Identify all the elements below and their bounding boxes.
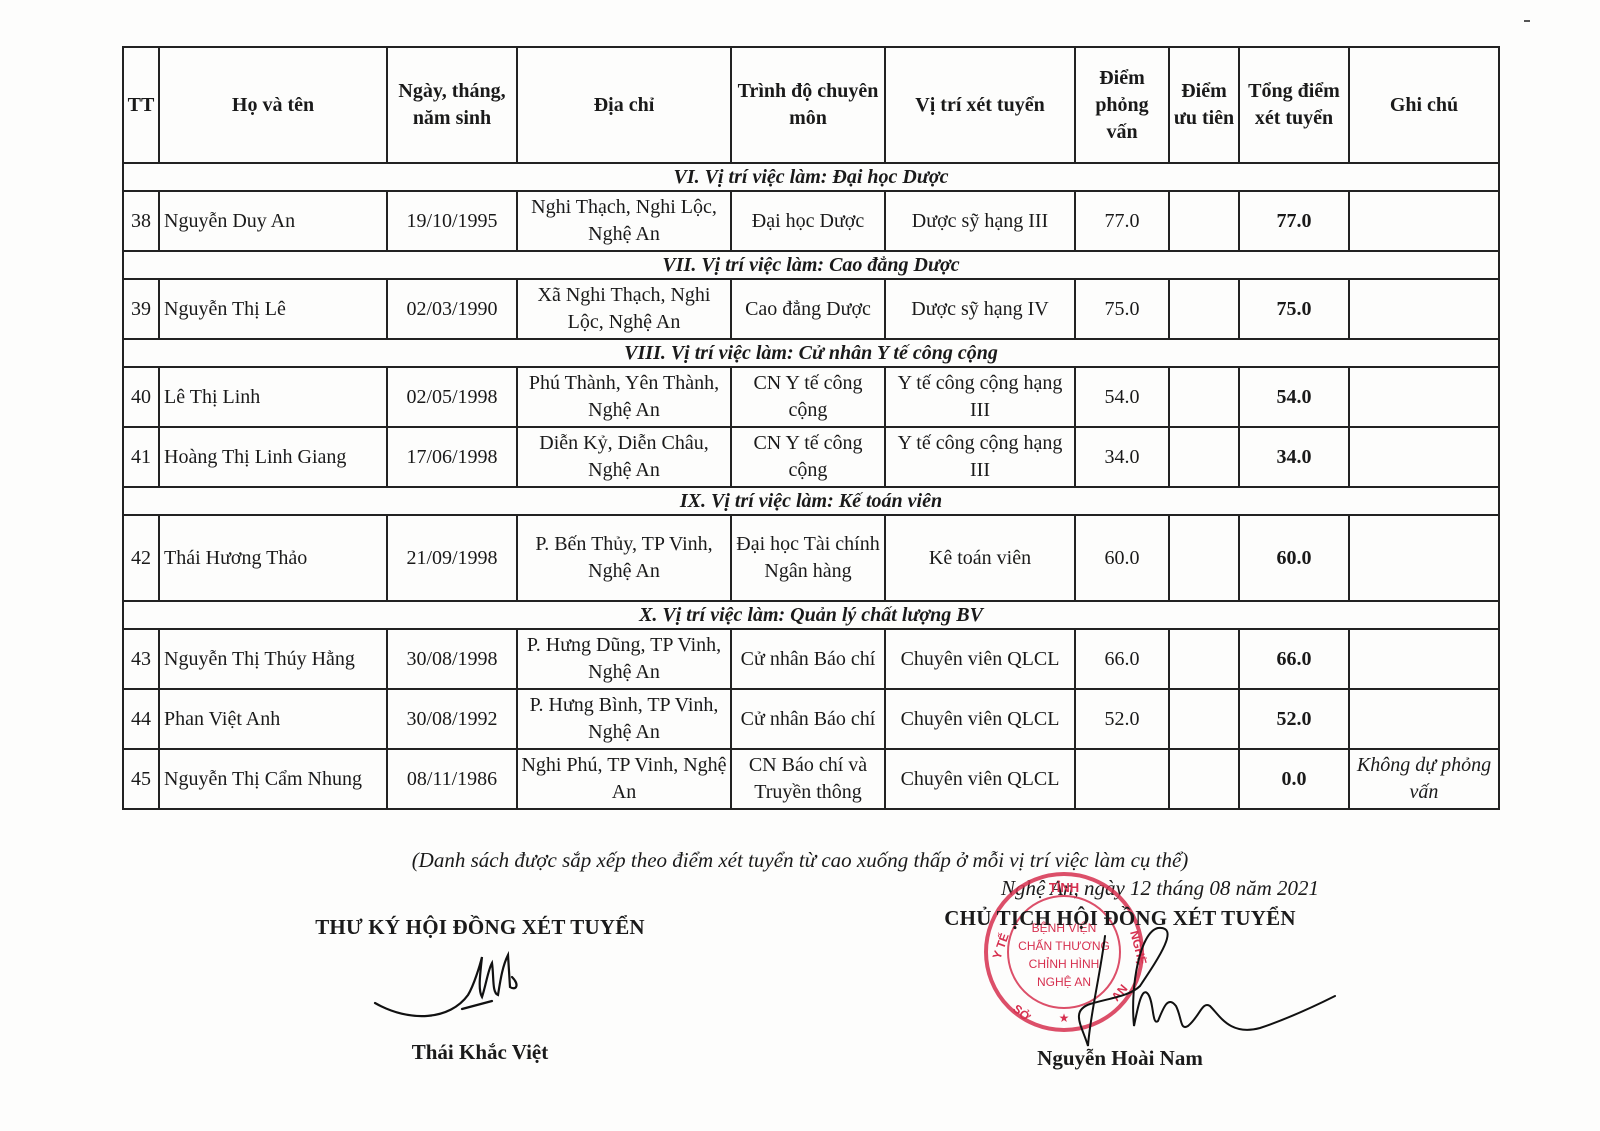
cell-tt: 43 [123, 629, 159, 689]
cell-interview-score: 66.0 [1075, 629, 1169, 689]
cell-priority-score [1169, 689, 1239, 749]
cell-dob: 30/08/1998 [387, 629, 517, 689]
sort-note: (Danh sách được sắp xếp theo điểm xét tu… [0, 848, 1600, 873]
section-row: VI. Vị trí việc làm: Đại học Dược [123, 163, 1499, 191]
cell-address: Nghi Thạch, Nghi Lộc, Nghệ An [517, 191, 731, 251]
header-interview-score: Điểm phỏng vấn [1075, 47, 1169, 163]
header-note: Ghi chú [1349, 47, 1499, 163]
cell-address: P. Hưng Dũng, TP Vinh, Nghệ An [517, 629, 731, 689]
cell-tt: 39 [123, 279, 159, 339]
cell-tt: 41 [123, 427, 159, 487]
cell-interview-score: 60.0 [1075, 515, 1169, 601]
cell-name: Nguyễn Thị Thúy Hằng [159, 629, 387, 689]
cell-tt: 44 [123, 689, 159, 749]
cell-dob: 02/05/1998 [387, 367, 517, 427]
cell-interview-score: 75.0 [1075, 279, 1169, 339]
header-tt: TT [123, 47, 159, 163]
cell-address: Nghi Phú, TP Vinh, Nghệ An [517, 749, 731, 809]
section-row: IX. Vị trí việc làm: Kế toán viên [123, 487, 1499, 515]
table-row: 38Nguyễn Duy An19/10/1995Nghi Thạch, Ngh… [123, 191, 1499, 251]
secretary-name: Thái Khắc Việt [250, 1040, 710, 1065]
cell-qualification: Đại học Tài chính Ngân hàng [731, 515, 885, 601]
cell-note [1349, 191, 1499, 251]
cell-interview-score: 34.0 [1075, 427, 1169, 487]
cell-name: Lê Thị Linh [159, 367, 387, 427]
cell-total-score: 0.0 [1239, 749, 1349, 809]
header-priority-score: Điểm ưu tiên [1169, 47, 1239, 163]
header-position: Vị trí xét tuyển [885, 47, 1075, 163]
chairman-signature-icon [1030, 906, 1340, 1056]
cell-address: P. Hưng Bình, TP Vinh, Nghệ An [517, 689, 731, 749]
cell-total-score: 75.0 [1239, 279, 1349, 339]
section-row: X. Vị trí việc làm: Quản lý chất lượng B… [123, 601, 1499, 629]
cell-qualification: CN Báo chí và Truyền thông [731, 749, 885, 809]
header-name: Họ và tên [159, 47, 387, 163]
cell-position: Chuyên viên QLCL [885, 629, 1075, 689]
svg-text:TỈNH: TỈNH [1049, 880, 1079, 895]
secretary-title: THƯ KÝ HỘI ĐỒNG XÉT TUYỂN [250, 915, 710, 940]
cell-dob: 19/10/1995 [387, 191, 517, 251]
cell-total-score: 34.0 [1239, 427, 1349, 487]
section-title: VI. Vị trí việc làm: Đại học Dược [123, 163, 1499, 191]
secretary-signature-block: THƯ KÝ HỘI ĐỒNG XÉT TUYỂN Thái Khắc Việt [250, 915, 710, 940]
cell-position: Dược sỹ hạng III [885, 191, 1075, 251]
cell-priority-score [1169, 629, 1239, 689]
table-header-row: TT Họ và tên Ngày, tháng, năm sinh Địa c… [123, 47, 1499, 163]
table-body: VI. Vị trí việc làm: Đại học Dược38Nguyễ… [123, 163, 1499, 809]
chairman-signature-block: CHỦ TỊCH HỘI ĐỒNG XÉT TUYỂN Nguyễn Hoài … [900, 906, 1340, 931]
cell-tt: 40 [123, 367, 159, 427]
cell-total-score: 52.0 [1239, 689, 1349, 749]
cell-interview-score: 52.0 [1075, 689, 1169, 749]
cell-dob: 30/08/1992 [387, 689, 517, 749]
cell-note [1349, 515, 1499, 601]
secretary-signature-icon [370, 945, 530, 1025]
cell-name: Thái Hương Thảo [159, 515, 387, 601]
cell-total-score: 54.0 [1239, 367, 1349, 427]
section-row: VIII. Vị trí việc làm: Cử nhân Y tế công… [123, 339, 1499, 367]
cell-priority-score [1169, 515, 1239, 601]
cell-note [1349, 689, 1499, 749]
chairman-name: Nguyễn Hoài Nam [900, 1046, 1340, 1071]
header-address: Địa chỉ [517, 47, 731, 163]
section-title: X. Vị trí việc làm: Quản lý chất lượng B… [123, 601, 1499, 629]
cell-interview-score [1075, 749, 1169, 809]
cell-position: Chuyên viên QLCL [885, 749, 1075, 809]
table-row: 40Lê Thị Linh02/05/1998Phú Thành, Yên Th… [123, 367, 1499, 427]
cell-position: Kê toán viên [885, 515, 1075, 601]
section-row: VII. Vị trí việc làm: Cao đẳng Dược [123, 251, 1499, 279]
cell-total-score: 60.0 [1239, 515, 1349, 601]
cell-interview-score: 54.0 [1075, 367, 1169, 427]
cell-name: Nguyễn Thị Lê [159, 279, 387, 339]
cell-name: Nguyễn Thị Cẩm Nhung [159, 749, 387, 809]
cell-dob: 17/06/1998 [387, 427, 517, 487]
section-title: IX. Vị trí việc làm: Kế toán viên [123, 487, 1499, 515]
cell-position: Y tế công cộng hạng III [885, 427, 1075, 487]
cell-note [1349, 279, 1499, 339]
document-page: TT Họ và tên Ngày, tháng, năm sinh Địa c… [0, 0, 1600, 1131]
cell-note [1349, 629, 1499, 689]
section-title: VIII. Vị trí việc làm: Cử nhân Y tế công… [123, 339, 1499, 367]
cell-qualification: CN Y tế công cộng [731, 367, 885, 427]
cell-total-score: 77.0 [1239, 191, 1349, 251]
cell-priority-score [1169, 191, 1239, 251]
scan-artifact [1524, 20, 1530, 22]
cell-priority-score [1169, 427, 1239, 487]
cell-qualification: Cử nhân Báo chí [731, 629, 885, 689]
cell-note: Không dự phỏng vấn [1349, 749, 1499, 809]
table-row: 39Nguyễn Thị Lê02/03/1990Xã Nghi Thạch, … [123, 279, 1499, 339]
section-title: VII. Vị trí việc làm: Cao đẳng Dược [123, 251, 1499, 279]
cell-interview-score: 77.0 [1075, 191, 1169, 251]
cell-address: Diễn Kỷ, Diễn Châu, Nghệ An [517, 427, 731, 487]
table-row: 41Hoàng Thị Linh Giang17/06/1998Diễn Kỷ,… [123, 427, 1499, 487]
cell-total-score: 66.0 [1239, 629, 1349, 689]
cell-address: Xã Nghi Thạch, Nghi Lộc, Nghệ An [517, 279, 731, 339]
cell-name: Phan Việt Anh [159, 689, 387, 749]
cell-qualification: Cao đẳng Dược [731, 279, 885, 339]
header-qualification: Trình độ chuyên môn [731, 47, 885, 163]
cell-priority-score [1169, 749, 1239, 809]
cell-dob: 21/09/1998 [387, 515, 517, 601]
cell-tt: 45 [123, 749, 159, 809]
cell-qualification: CN Y tế công cộng [731, 427, 885, 487]
cell-position: Chuyên viên QLCL [885, 689, 1075, 749]
cell-address: Phú Thành, Yên Thành, Nghệ An [517, 367, 731, 427]
cell-note [1349, 367, 1499, 427]
candidate-results-table: TT Họ và tên Ngày, tháng, năm sinh Địa c… [122, 46, 1500, 810]
table-row: 45Nguyễn Thị Cẩm Nhung08/11/1986Nghi Phú… [123, 749, 1499, 809]
cell-tt: 38 [123, 191, 159, 251]
cell-name: Hoàng Thị Linh Giang [159, 427, 387, 487]
table-row: 43Nguyễn Thị Thúy Hằng30/08/1998P. Hưng … [123, 629, 1499, 689]
cell-priority-score [1169, 367, 1239, 427]
header-dob: Ngày, tháng, năm sinh [387, 47, 517, 163]
cell-qualification: Đại học Dược [731, 191, 885, 251]
cell-tt: 42 [123, 515, 159, 601]
cell-dob: 02/03/1990 [387, 279, 517, 339]
cell-name: Nguyễn Duy An [159, 191, 387, 251]
header-total-score: Tổng điểm xét tuyển [1239, 47, 1349, 163]
table-row: 44Phan Việt Anh30/08/1992P. Hưng Bình, T… [123, 689, 1499, 749]
cell-note [1349, 427, 1499, 487]
cell-priority-score [1169, 279, 1239, 339]
cell-address: P. Bến Thủy, TP Vinh, Nghệ An [517, 515, 731, 601]
cell-position: Y tế công cộng hạng III [885, 367, 1075, 427]
cell-dob: 08/11/1986 [387, 749, 517, 809]
cell-position: Dược sỹ hạng IV [885, 279, 1075, 339]
table-row: 42Thái Hương Thảo21/09/1998P. Bến Thủy, … [123, 515, 1499, 601]
cell-qualification: Cử nhân Báo chí [731, 689, 885, 749]
